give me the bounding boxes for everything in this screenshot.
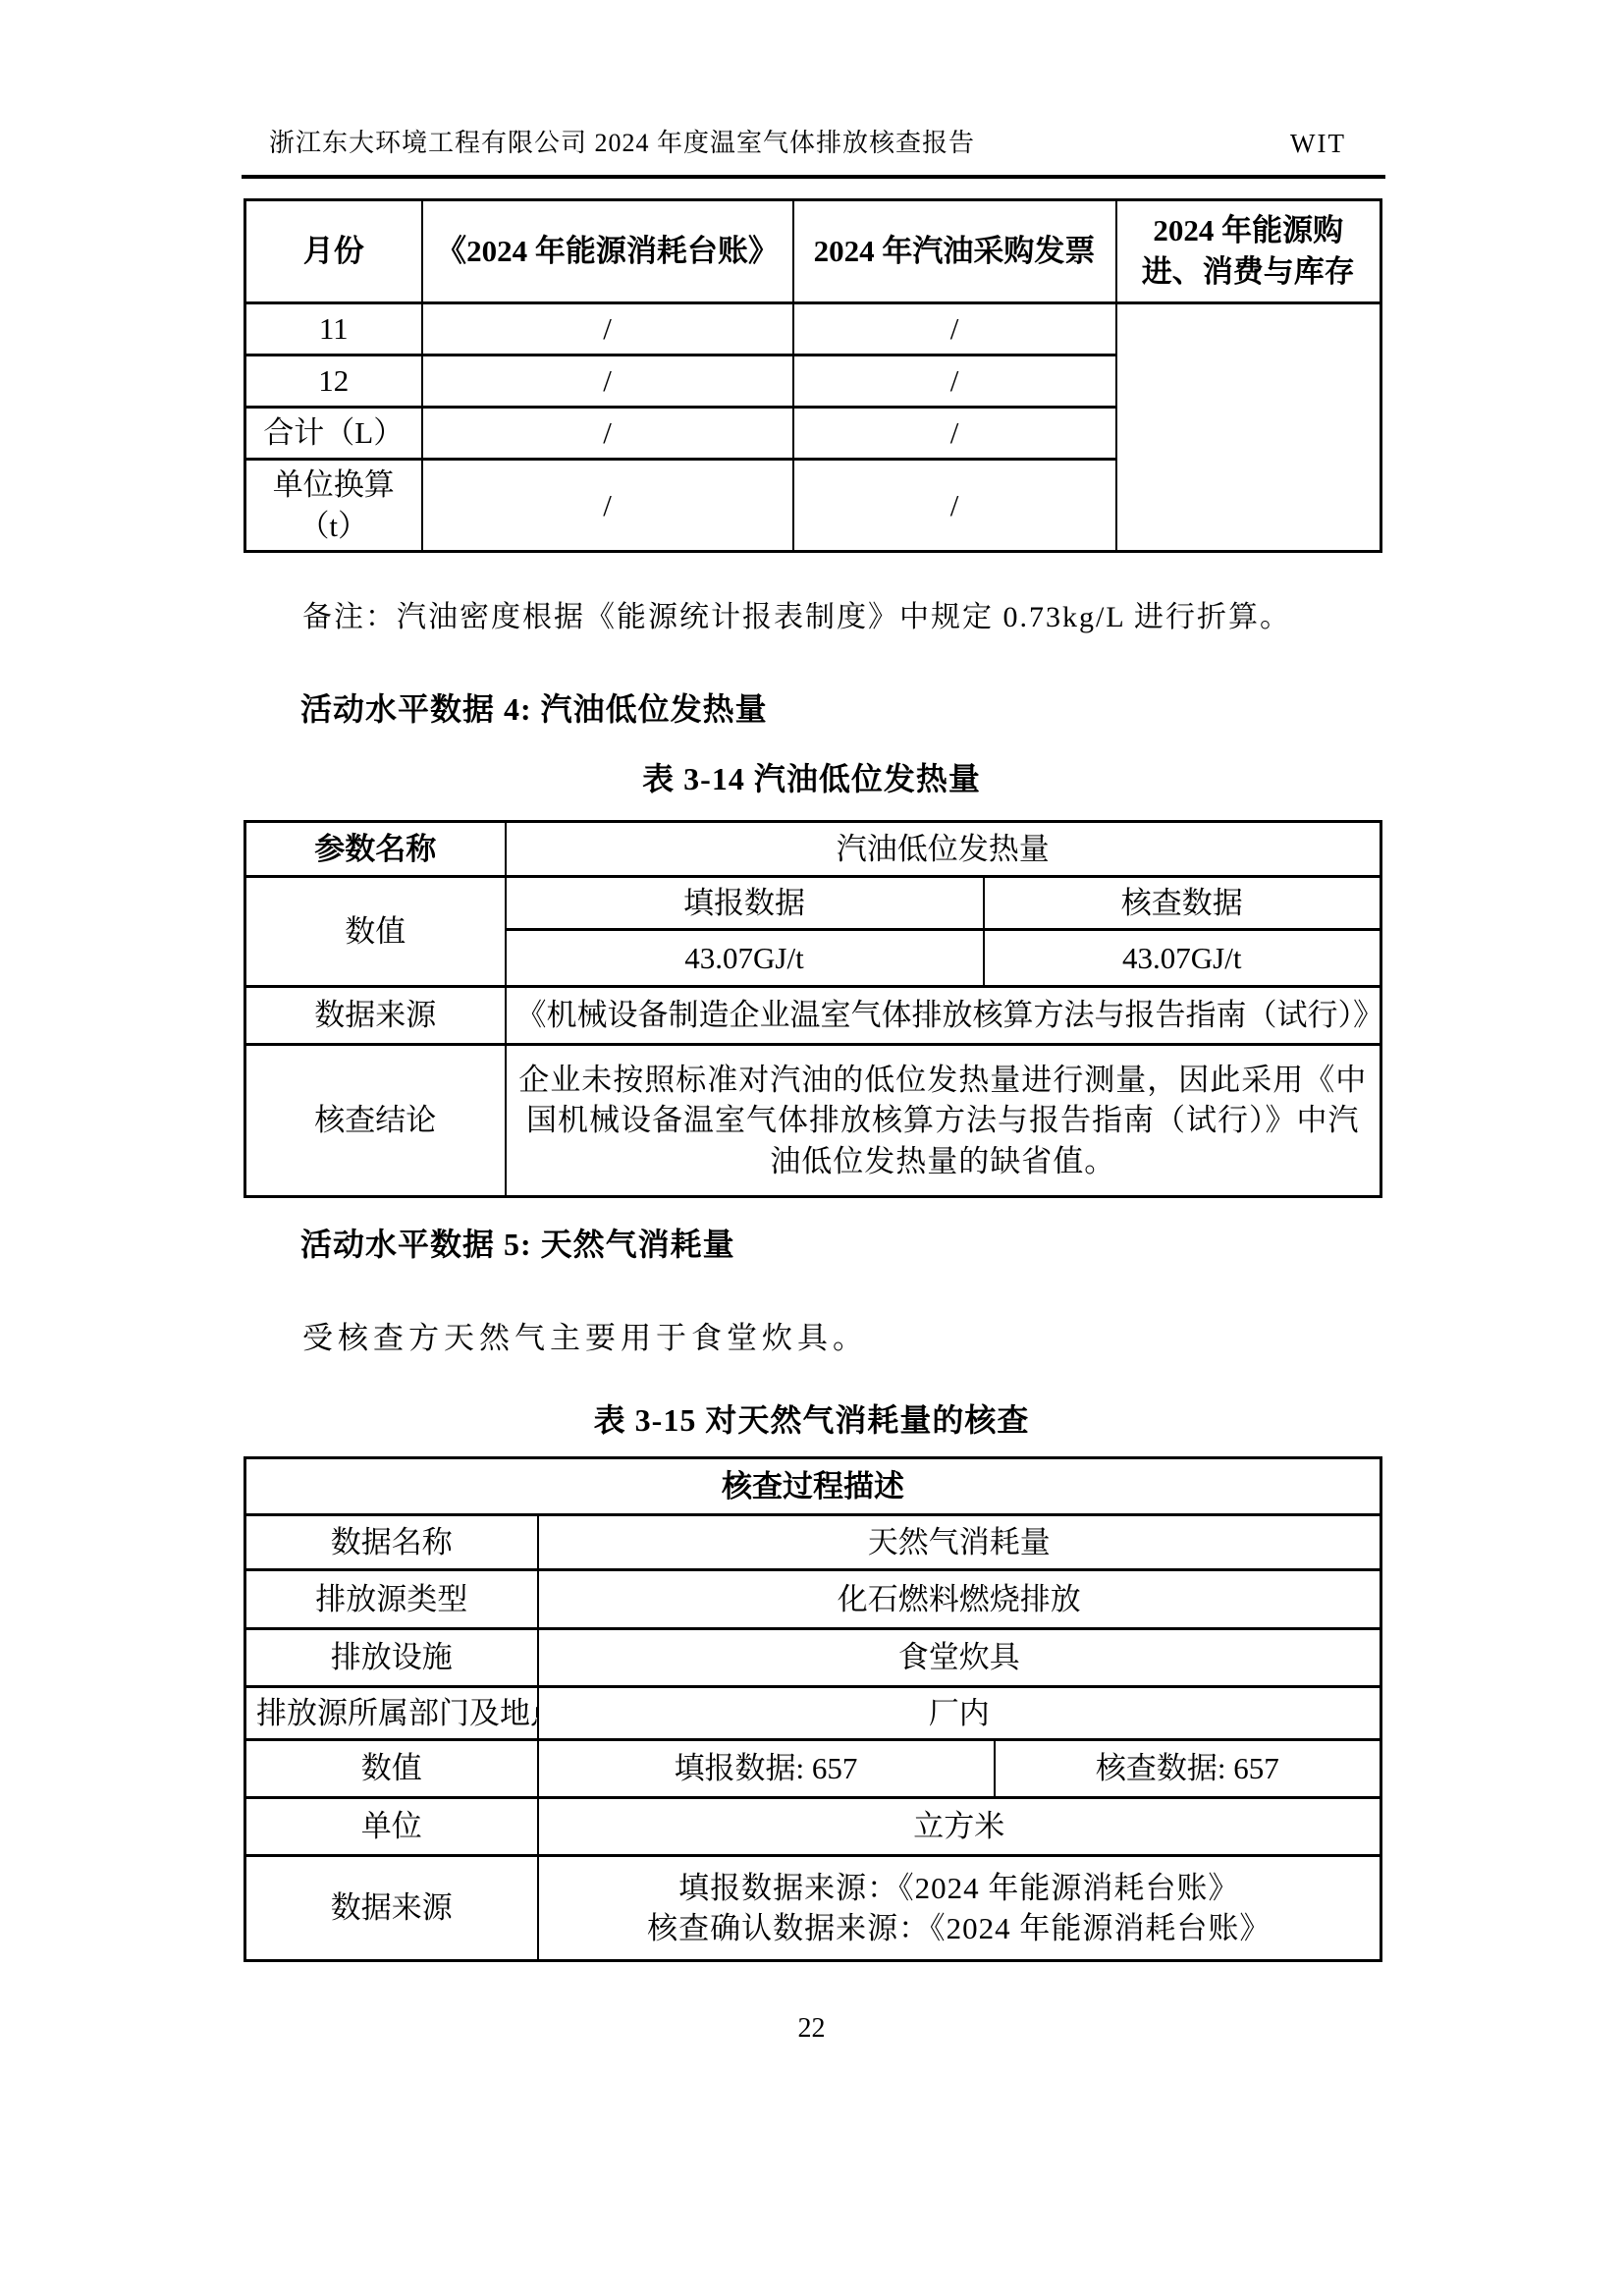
section-heading-activity-data-4: 活动水平数据 4: 汽油低位发热量 xyxy=(300,687,1380,731)
reported-value-cell: 填报数据: 657 xyxy=(538,1740,995,1798)
reported-data-label: 填报数据 xyxy=(506,877,984,930)
header-logo-text: WIT xyxy=(1290,128,1385,159)
column-header-inventory: 2024 年能源购进、消费与库存 xyxy=(1116,200,1381,303)
table-row: 数据名称 天然气消耗量 xyxy=(245,1515,1381,1570)
value-label: 数值 xyxy=(245,1740,538,1798)
column-header-ledger: 《2024 年能源消耗台账》 xyxy=(422,200,793,303)
unit-label: 单位 xyxy=(245,1798,538,1856)
verified-data-label: 核查数据 xyxy=(984,877,1381,930)
cell: / xyxy=(793,355,1116,407)
data-name-label: 数据名称 xyxy=(245,1515,538,1570)
data-source-value: 《机械设备制造企业温室气体排放核算方法与报告指南（试行）》 xyxy=(506,987,1381,1045)
cell: 11 xyxy=(245,303,422,355)
cell: 12 xyxy=(245,355,422,407)
data-source-label: 数据来源 xyxy=(245,987,506,1045)
emission-facility-label: 排放设施 xyxy=(245,1629,538,1687)
table-row: 参数名称 汽油低位发热量 xyxy=(245,822,1381,877)
conclusion-value: 企业未按照标准对汽油的低位发热量进行测量，因此采用《中国机械设备温室气体排放核算… xyxy=(506,1045,1381,1197)
table-remark: 备注：汽油密度根据《能源统计报表制度》中规定 0.73kg/L 进行折算。 xyxy=(302,597,1380,638)
column-header-invoice: 2024 年汽油采购发票 xyxy=(793,200,1116,303)
reported-source-line: 填报数据来源：《2024 年能源消耗台账》 xyxy=(549,1868,1371,1909)
cell: / xyxy=(422,459,793,552)
verified-source-line: 核查确认数据来源：《2024 年能源消耗台账》 xyxy=(549,1908,1371,1949)
department-location-value: 厂内 xyxy=(538,1687,1381,1740)
document-page: 浙江东大环境工程有限公司 2024 年度温室气体排放核查报告 WIT 月份 《2… xyxy=(0,0,1624,2296)
table-row: 数值 填报数据: 657 核查数据: 657 xyxy=(245,1740,1381,1798)
table-row: 数据来源 《机械设备制造企业温室气体排放核算方法与报告指南（试行）》 xyxy=(245,987,1381,1045)
cell: / xyxy=(422,355,793,407)
gasoline-ncv-table: 参数名称 汽油低位发热量 数值 填报数据 核查数据 43.07GJ/t 43.0… xyxy=(244,820,1382,1198)
verified-data-value: 43.07GJ/t xyxy=(984,930,1381,987)
table-row: 单位 立方米 xyxy=(245,1798,1381,1856)
cell: 合计（L） xyxy=(245,407,422,459)
table-row: 数据来源 填报数据来源：《2024 年能源消耗台账》 核查确认数据来源：《202… xyxy=(245,1856,1381,1961)
gasoline-crosscheck-table: 月份 《2024 年能源消耗台账》 2024 年汽油采购发票 2024 年能源购… xyxy=(244,198,1382,553)
table-row: 数值 填报数据 核查数据 xyxy=(245,877,1381,930)
verification-process-header: 核查过程描述 xyxy=(245,1458,1381,1515)
param-name-label: 参数名称 xyxy=(245,822,506,877)
value-label: 数值 xyxy=(245,877,506,987)
table-header-row: 月份 《2024 年能源消耗台账》 2024 年汽油采购发票 2024 年能源购… xyxy=(245,200,1381,303)
column-header-month: 月份 xyxy=(245,200,422,303)
emission-source-type-value: 化石燃料燃烧排放 xyxy=(538,1570,1381,1629)
emission-facility-value: 食堂炊具 xyxy=(538,1629,1381,1687)
table-row: 排放设施 食堂炊具 xyxy=(245,1629,1381,1687)
cell: / xyxy=(793,459,1116,552)
table-row: 11 / / xyxy=(245,303,1381,355)
verified-value-cell: 核查数据: 657 xyxy=(995,1740,1381,1798)
emission-source-type-label: 排放源类型 xyxy=(245,1570,538,1629)
section-paragraph: 受核查方天然气主要用于食堂炊具。 xyxy=(302,1318,1380,1359)
unit-value: 立方米 xyxy=(538,1798,1381,1856)
param-name-value: 汽油低位发热量 xyxy=(506,822,1381,877)
cell: / xyxy=(422,303,793,355)
department-location-label: 排放源所属部门及地点: xyxy=(245,1687,538,1740)
data-name-value: 天然气消耗量 xyxy=(538,1515,1381,1570)
cell: / xyxy=(793,303,1116,355)
data-source-value: 填报数据来源：《2024 年能源消耗台账》 核查确认数据来源：《2024 年能源… xyxy=(538,1856,1381,1961)
conclusion-label: 核查结论 xyxy=(245,1045,506,1197)
page-number: 22 xyxy=(244,2011,1380,2047)
table-row: 核查结论 企业未按照标准对汽油的低位发热量进行测量，因此采用《中国机械设备温室气… xyxy=(245,1045,1381,1197)
section-heading-activity-data-5: 活动水平数据 5: 天然气消耗量 xyxy=(300,1223,1380,1266)
cell: / xyxy=(793,407,1116,459)
cell: / xyxy=(422,407,793,459)
data-source-label: 数据来源 xyxy=(245,1856,538,1961)
table-row: 排放源类型 化石燃料燃烧排放 xyxy=(245,1570,1381,1629)
page-header: 浙江东大环境工程有限公司 2024 年度温室气体排放核查报告 WIT xyxy=(242,128,1385,179)
merged-empty-cell xyxy=(1116,303,1381,552)
report-title: 浙江东大环境工程有限公司 2024 年度温室气体排放核查报告 xyxy=(242,128,975,159)
table-caption-3-15: 表 3-15 对天然气消耗量的核查 xyxy=(244,1398,1380,1442)
table-header-row: 核查过程描述 xyxy=(245,1458,1381,1515)
natural-gas-verification-table: 核查过程描述 数据名称 天然气消耗量 排放源类型 化石燃料燃烧排放 排放设施 食… xyxy=(244,1456,1382,1962)
reported-data-value: 43.07GJ/t xyxy=(506,930,984,987)
cell: 单位换算（t） xyxy=(245,459,422,552)
table-row: 排放源所属部门及地点: 厂内 xyxy=(245,1687,1381,1740)
table-caption-3-14: 表 3-14 汽油低位发热量 xyxy=(244,757,1380,800)
